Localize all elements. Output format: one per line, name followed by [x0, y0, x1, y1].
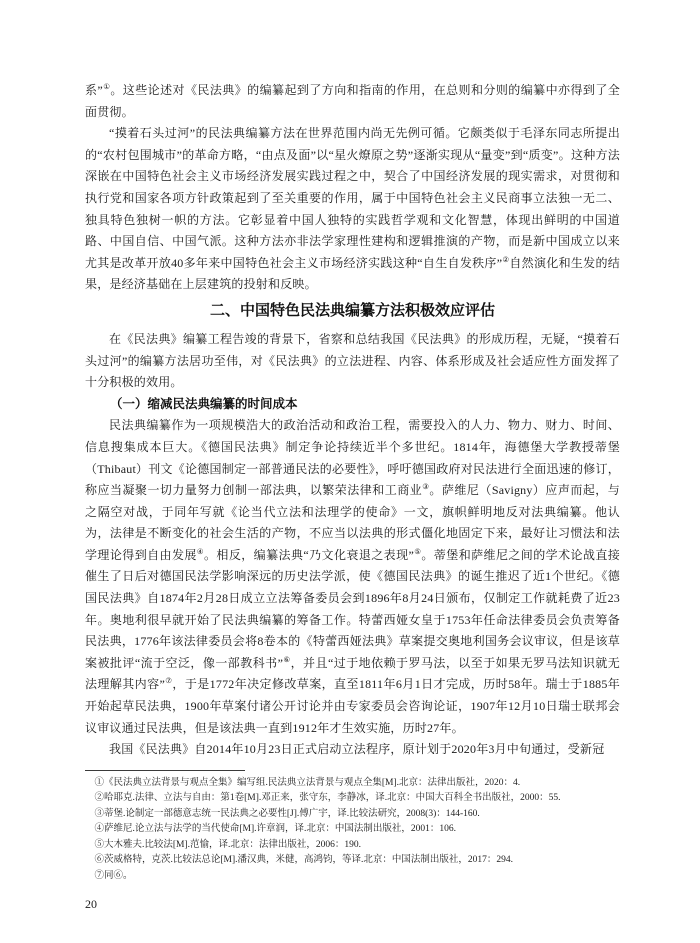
- text-run: ，于是1772年决定修改草案，直至1811年6月1日才完成，历时58年。瑞士于1…: [85, 677, 620, 734]
- subsection-heading: （一）缩减民法典编纂的时间成本: [85, 394, 620, 416]
- text-run: 。蒂堡和萨维尼之间的学术论战直接催生了日后对德国民法学影响深远的历史法学派，使《…: [85, 548, 620, 670]
- footnote-ref: ④: [197, 547, 204, 556]
- footnote-item: ⑦同⑥。: [85, 869, 620, 885]
- footnote-item: ③蒂堡.论制定一部德意志统一民法典之必要性[J].傅广宇，译.比较法研究，200…: [85, 807, 620, 823]
- text-run: 。相反，编纂法典“乃文化衰退之表现”: [204, 548, 414, 562]
- footnote-list: ①《民法典立法背景与观点全集》编写组.民法典立法背景与观点全集[M].北京：法律…: [85, 776, 620, 885]
- section-heading: 二、中国特色民法典编纂方法积极效应评估: [85, 301, 620, 321]
- text-run: “摸着石头过河”的民法典编纂方法在世界范围内尚无先例可循。它颇类似于毛泽东同志所…: [85, 126, 620, 270]
- text-run: 。这些论述对《民法典》的编纂起到了方向和指南的作用，在总则和分则的编纂中亦得到了…: [85, 83, 620, 119]
- footnote-item: ②哈耶克.法律、立法与自由：第1卷[M].邓正来，张守东，李静冰，译.北京：中国…: [85, 791, 620, 807]
- text-run: 在《民法典》编纂工程告竣的背景下，省察和总结我国《民法典》的形成历程，无疑，“摸…: [85, 332, 620, 389]
- text-column: 系”①。这些论述对《民法典》的编纂起到了方向和指南的作用，在总则和分则的编纂中亦…: [85, 80, 620, 912]
- footnote-separator: [85, 770, 245, 771]
- footnote-item: ④萨维尼.论立法与法学的当代使命[M].许章润，译.北京：中国法制出版社，200…: [85, 822, 620, 838]
- paragraph-china-civil-code: 我国《民法典》自2014年10月23日正式启动立法程序，原计划于2020年3月中…: [85, 739, 620, 761]
- text-run: 系”: [85, 83, 103, 97]
- paragraph-crossing-river-method: “摸着石头过河”的民法典编纂方法在世界范围内尚无先例可循。它颇类似于毛泽东同志所…: [85, 123, 620, 296]
- page-number: 20: [85, 897, 620, 912]
- document-page: 系”①。这些论述对《民法典》的编纂起到了方向和指南的作用，在总则和分则的编纂中亦…: [0, 0, 700, 943]
- paragraph-continuation: 系”①。这些论述对《民法典》的编纂起到了方向和指南的作用，在总则和分则的编纂中亦…: [85, 80, 620, 123]
- paragraph-time-cost: 民法典编纂作为一项规模浩大的政治活动和政治工程，需要投入的人力、物力、财力、时间…: [85, 415, 620, 739]
- paragraph-evaluation-intro: 在《民法典》编纂工程告竣的背景下，省察和总结我国《民法典》的形成历程，无疑，“摸…: [85, 329, 620, 394]
- text-run: 我国《民法典》自2014年10月23日正式启动立法程序，原计划于2020年3月中…: [109, 742, 604, 756]
- footnote-ref: ⑥: [283, 655, 290, 664]
- footnote-item: ⑤大木雅夫.比较法[M].范愉，译.北京：法律出版社，2006：190.: [85, 838, 620, 854]
- footnote-item: ⑥茨威格特，克茨.比较法总论[M].潘汉典，米健，高鸿钧，等译.北京：中国法制出…: [85, 853, 620, 869]
- footnote-item: ①《民法典立法背景与观点全集》编写组.民法典立法背景与观点全集[M].北京：法律…: [85, 776, 620, 792]
